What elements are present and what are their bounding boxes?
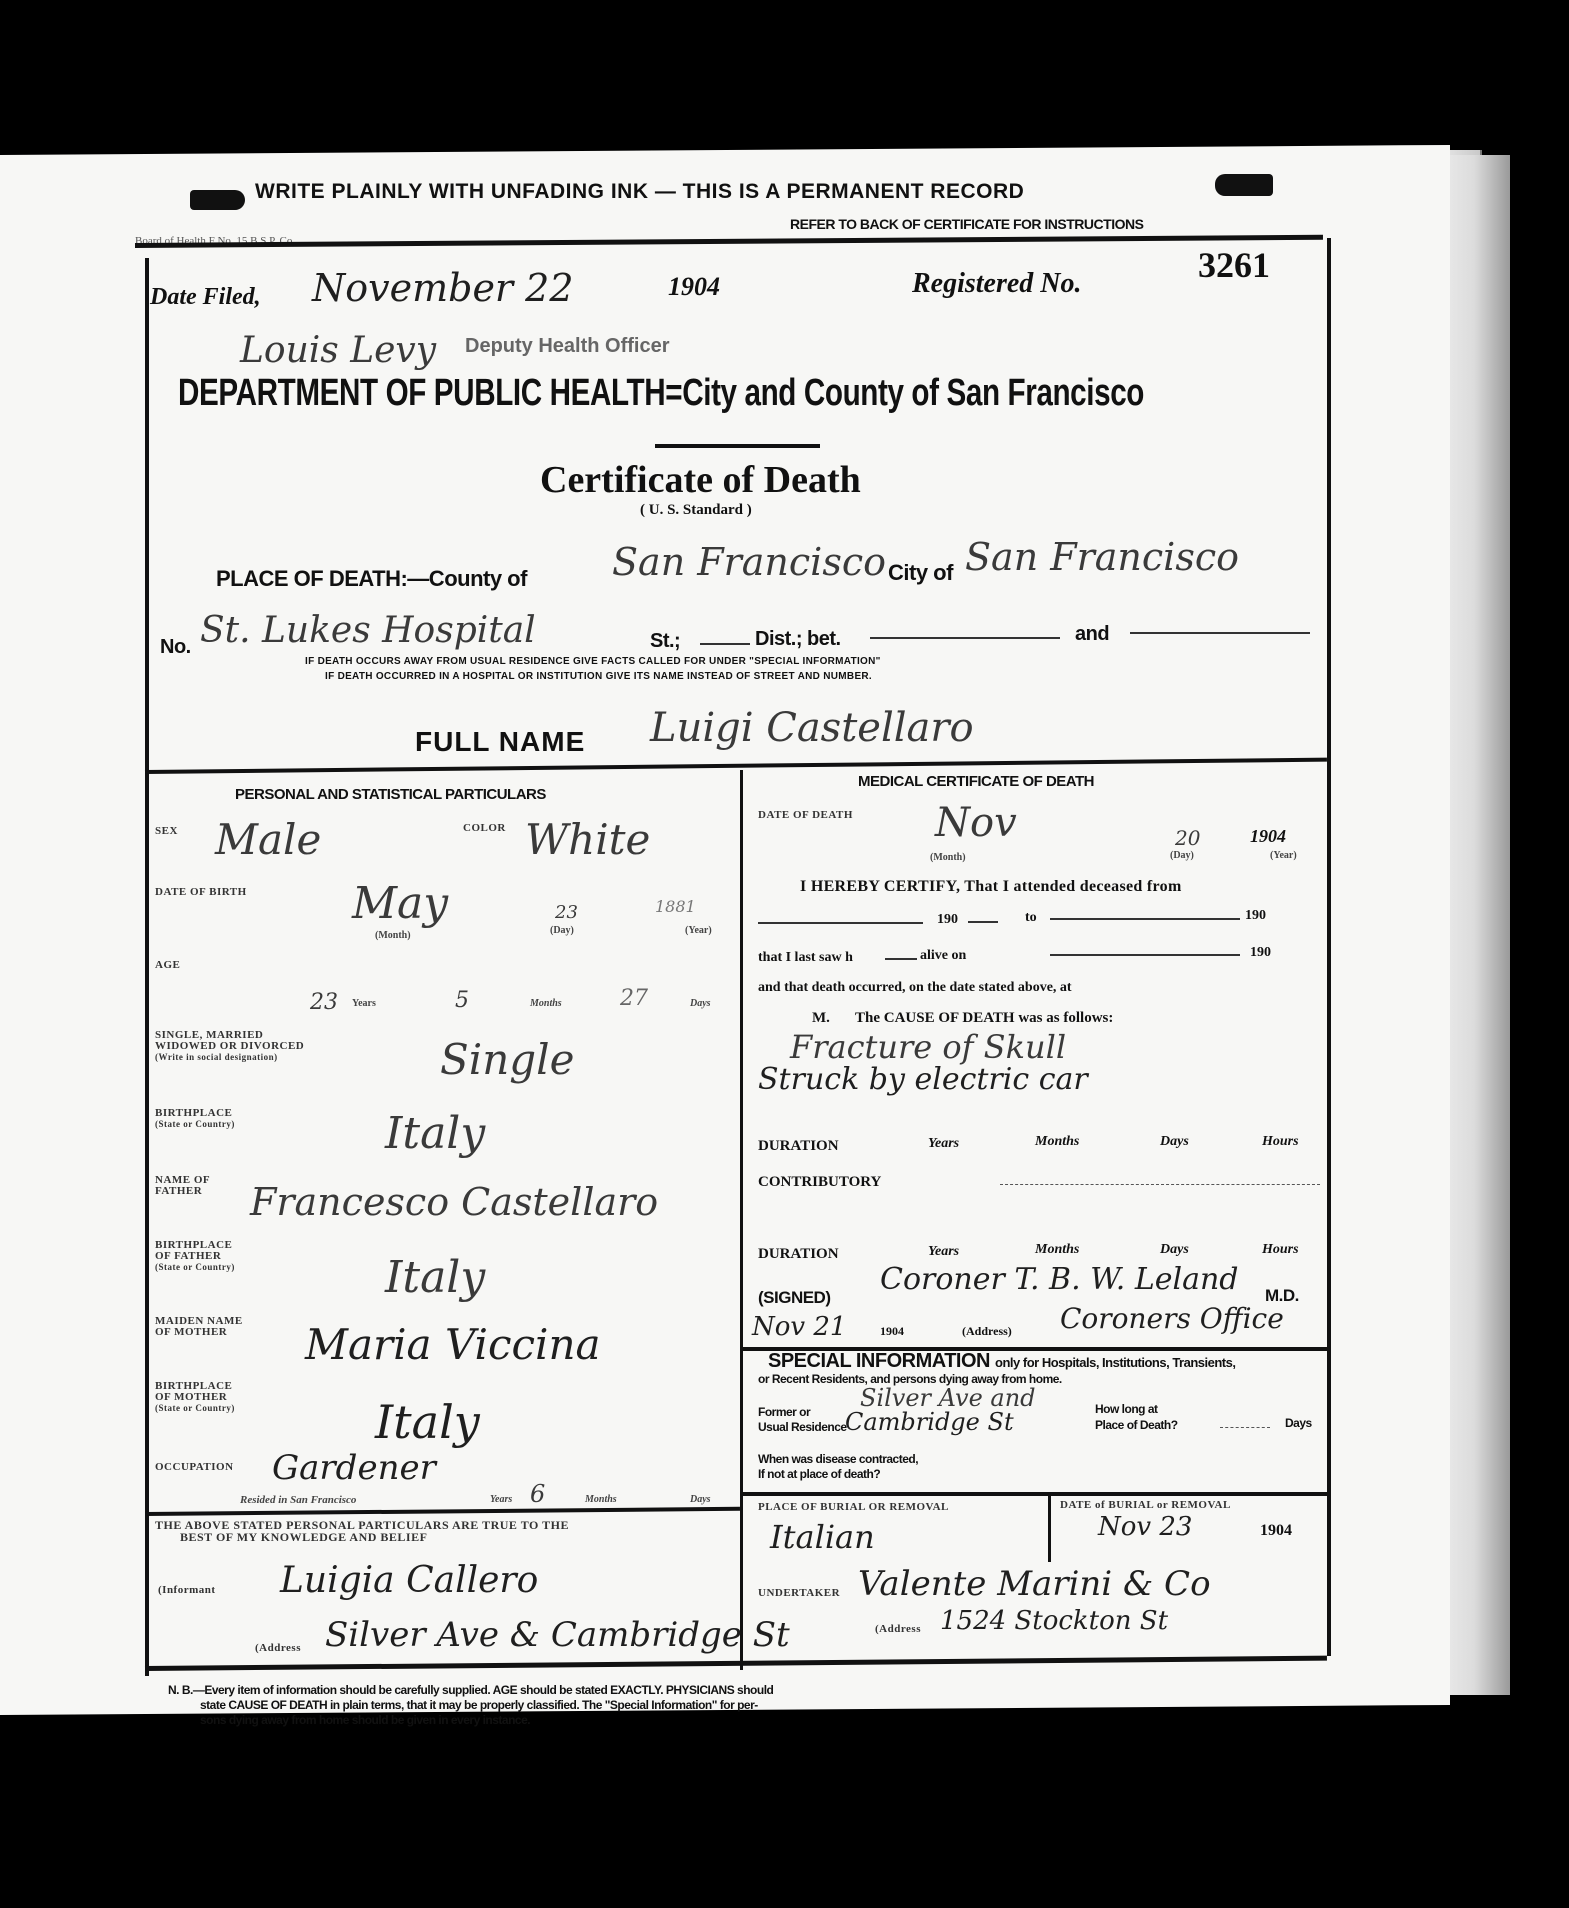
- department-title: DEPARTMENT OF PUBLIC HEALTH=City and Cou…: [178, 372, 1144, 415]
- duration-label-1: DURATION: [758, 1138, 839, 1155]
- certificate-title: Certificate of Death: [540, 458, 861, 502]
- full-name-label: FULL NAME: [415, 726, 585, 758]
- attest-line-2: BEST OF MY KNOWLEDGE AND BELIEF: [180, 1532, 427, 1543]
- street-label: St.;: [650, 630, 680, 653]
- county-value: San Francisco: [612, 540, 886, 584]
- birthplace-value: Italy: [385, 1108, 485, 1159]
- informant-address-label: (Address: [255, 1643, 301, 1654]
- color-label: COLOR: [463, 823, 506, 834]
- informant-address: Silver Ave & Cambridge St: [325, 1615, 790, 1655]
- standard-note: ( U. S. Standard ): [640, 502, 752, 519]
- dod-day: 20: [1175, 826, 1200, 850]
- occupation-value: Gardener: [272, 1448, 436, 1488]
- special-title: SPECIAL INFORMATION only for Hospitals, …: [768, 1350, 1235, 1373]
- mother-label-2: OF MOTHER: [155, 1327, 227, 1338]
- banner: WRITE PLAINLY WITH UNFADING INK — THIS I…: [255, 180, 1024, 204]
- residence-line-2: Cambridge St: [845, 1408, 1014, 1436]
- pointing-hand-left-icon: [190, 190, 245, 210]
- city-value: San Francisco: [965, 535, 1239, 579]
- officer-title: Deputy Health Officer: [465, 335, 669, 358]
- sign-year: 1904: [880, 1324, 904, 1339]
- medical-address: Coroners Office: [1060, 1302, 1284, 1335]
- footnote-line-3: sons dying away from home should be give…: [200, 1713, 530, 1727]
- instructions-note: REFER TO BACK OF CERTIFICATE FOR INSTRUC…: [790, 216, 1143, 232]
- registered-label: Registered No.: [912, 268, 1082, 300]
- undertaker-address: 1524 Stockton St: [940, 1606, 1168, 1636]
- informant-name: Luigia Callero: [280, 1560, 538, 1601]
- place-note-2: IF DEATH OCCURRED IN A HOSPITAL OR INSTI…: [325, 671, 872, 682]
- how-long-label-1: How long at: [1095, 1402, 1158, 1416]
- sign-date: Nov 21: [752, 1312, 846, 1342]
- medical-section-title: MEDICAL CERTIFICATE OF DEATH: [858, 773, 1094, 790]
- undertaker-label: UNDERTAKER: [758, 1588, 840, 1599]
- officer-signature: Louis Levy: [240, 330, 436, 371]
- frame-right: [1327, 238, 1331, 1656]
- mother-bp-label-3: (State or Country): [155, 1403, 235, 1414]
- cause-primary: Fracture of Skull: [790, 1028, 1066, 1066]
- dod-label: DATE OF DEATH: [758, 810, 853, 821]
- age-years: 23: [310, 990, 338, 1015]
- father-birthplace-value: Italy: [385, 1252, 485, 1303]
- date-filed-year: 1904: [668, 272, 720, 302]
- marital-value: Single: [440, 1035, 574, 1084]
- father-bp-label-3: (State or Country): [155, 1262, 235, 1273]
- burial-date-label: DATE of BURIAL or REMOVAL: [1060, 1500, 1231, 1511]
- location-value: St. Lukes Hospital: [200, 610, 536, 651]
- registered-number: 3261: [1198, 244, 1270, 286]
- age-label: AGE: [155, 960, 180, 971]
- date-filed-month-day: November 22: [312, 266, 574, 310]
- burial-date: Nov 23: [1098, 1512, 1192, 1542]
- footnote-line-2: state CAUSE OF DEATH in plain terms, tha…: [200, 1698, 758, 1712]
- last-saw-label: that I last saw h: [758, 950, 853, 966]
- dob-year: 1881: [655, 897, 696, 916]
- date-filed-label: Date Filed,: [150, 284, 261, 311]
- undertaker-address-label: (Address: [875, 1624, 921, 1635]
- frame-left: [145, 258, 149, 1676]
- certify-line: I HEREBY CERTIFY, That I attended deceas…: [800, 878, 1182, 896]
- informant-label: (Informant: [158, 1585, 216, 1596]
- dob-label: DATE OF BIRTH: [155, 887, 247, 898]
- dod-year: 1904: [1250, 826, 1286, 847]
- color-value: White: [525, 815, 650, 864]
- personal-section-title: PERSONAL AND STATISTICAL PARTICULARS: [235, 786, 546, 803]
- age-days: 27: [620, 986, 648, 1011]
- marital-label-3: (Write in social designation): [155, 1052, 278, 1063]
- sex-label: SEX: [155, 826, 178, 837]
- marital-label-2: WIDOWED OR DIVORCED: [155, 1041, 304, 1052]
- burial-column-divider: [1048, 1494, 1051, 1562]
- and-label: and: [1075, 623, 1109, 646]
- burial-place: Italian: [770, 1518, 875, 1556]
- contracted-label-1: When was disease contracted,: [758, 1452, 918, 1466]
- mother-birthplace-value: Italy: [375, 1395, 480, 1449]
- days-label: Days: [1285, 1416, 1312, 1430]
- how-long-label-2: Place of Death?: [1095, 1418, 1178, 1432]
- resided-years: 6: [530, 1480, 545, 1508]
- signed-by: Coroner T. B. W. Leland: [880, 1262, 1239, 1297]
- father-label-2: FATHER: [155, 1186, 202, 1197]
- mother-value: Maria Viccina: [305, 1320, 601, 1369]
- birthplace-label-2: (State or Country): [155, 1119, 235, 1130]
- dob-month: May: [352, 878, 448, 929]
- father-bp-label-2: OF FATHER: [155, 1251, 221, 1262]
- place-of-death-label: PLACE OF DEATH:—County of: [216, 566, 527, 592]
- footnote-line-1: N. B.—Every item of information should b…: [168, 1683, 773, 1697]
- burial-divider: [740, 1492, 1327, 1496]
- full-name-value: Luigi Castellaro: [650, 705, 974, 751]
- resided-label: Resided in San Francisco: [240, 1494, 356, 1506]
- duration-label-2: DURATION: [758, 1246, 839, 1263]
- medical-address-label: (Address): [962, 1324, 1012, 1339]
- sex-value: Male: [215, 815, 321, 864]
- contracted-label-2: If not at place of death?: [758, 1467, 880, 1481]
- dob-day: 23: [555, 902, 578, 923]
- father-value: Francesco Castellaro: [250, 1180, 658, 1224]
- signed-label: (SIGNED): [758, 1288, 831, 1308]
- burial-place-label: PLACE OF BURIAL OR REMOVAL: [758, 1502, 949, 1513]
- pointing-hand-right-icon: [1215, 174, 1273, 196]
- age-months: 5: [455, 988, 469, 1013]
- death-occurred-line: and that death occurred, on the date sta…: [758, 980, 1072, 996]
- cause-label: The CAUSE OF DEATH was as follows:: [855, 1010, 1113, 1027]
- burial-year: 1904: [1260, 1522, 1292, 1540]
- title-divider: [655, 444, 820, 448]
- place-note-1: IF DEATH OCCURS AWAY FROM USUAL RESIDENC…: [305, 656, 881, 667]
- no-label: No.: [160, 636, 191, 659]
- occupation-label: OCCUPATION: [155, 1462, 234, 1473]
- undertaker-value: Valente Marini & Co: [858, 1564, 1211, 1604]
- mother-bp-label-2: OF MOTHER: [155, 1392, 227, 1403]
- district-label: Dist.; bet.: [755, 628, 841, 651]
- residence-label-1: Former or: [758, 1405, 810, 1419]
- city-label: City of: [888, 560, 953, 586]
- cause-secondary: Struck by electric car: [758, 1062, 1088, 1097]
- residence-label-2: Usual Residence: [758, 1420, 847, 1434]
- birthplace-label-1: BIRTHPLACE: [155, 1108, 232, 1119]
- contributory-label: CONTRIBUTORY: [758, 1174, 881, 1191]
- column-divider: [740, 770, 743, 1670]
- dod-month: Nov: [935, 800, 1017, 846]
